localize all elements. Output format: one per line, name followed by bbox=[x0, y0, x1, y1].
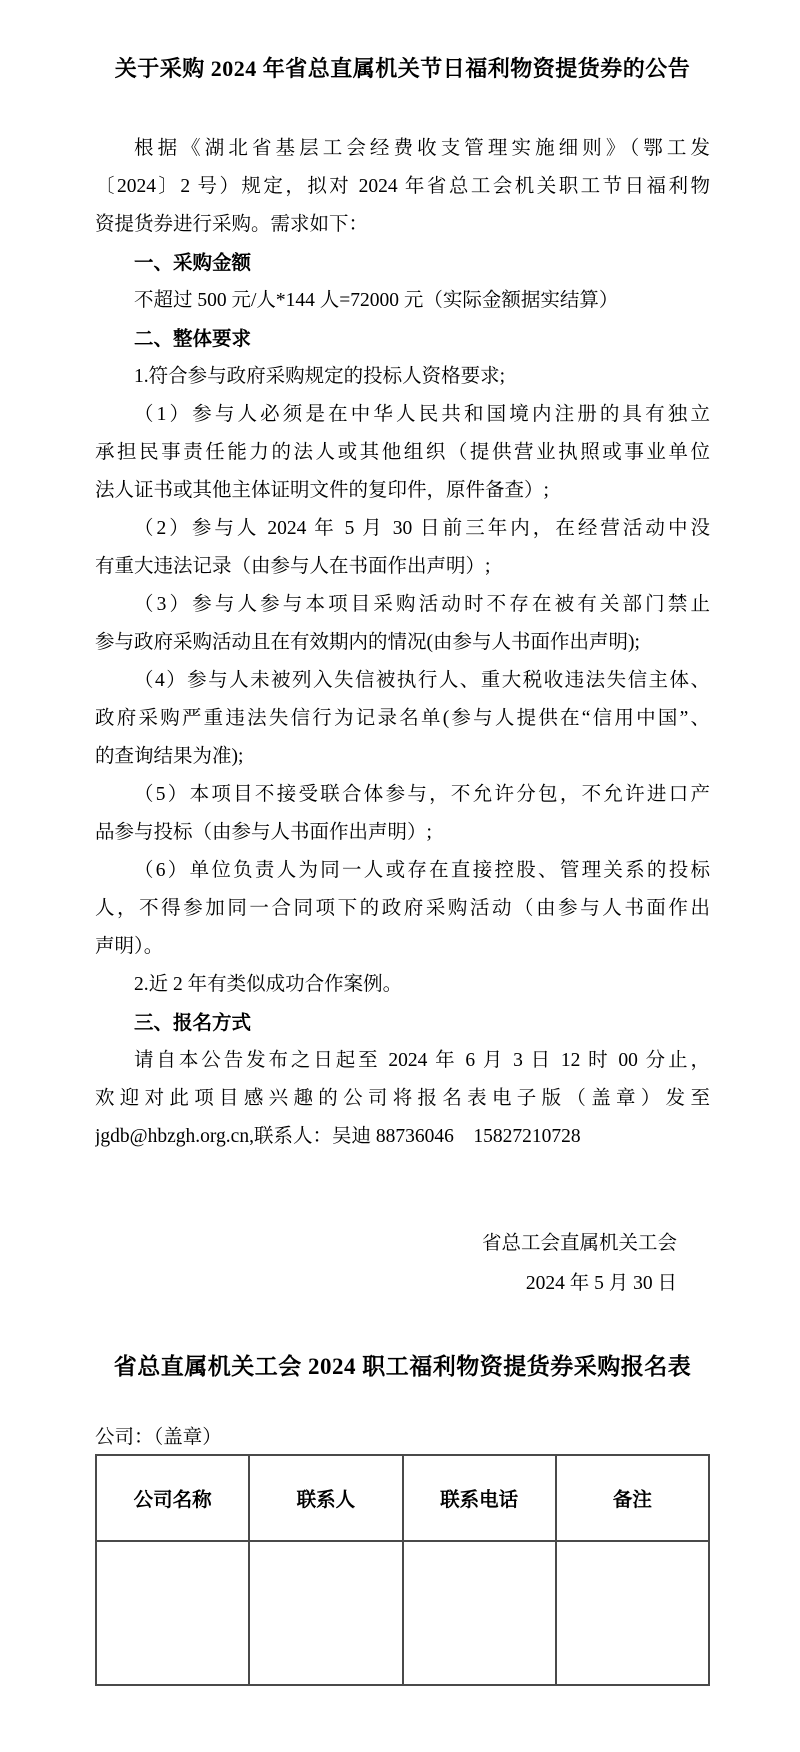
signup-instructions-line-3: jgdb@hbzgh.org.cn,联系人：吴迪 88736046 158272… bbox=[95, 1118, 710, 1156]
requirement-1-4: （4）参与人未被列入失信被执行人、重大税收违法失信主体、政府采购严重违法失信行为… bbox=[95, 662, 710, 776]
signature-org: 省总工会直属机关工会 bbox=[95, 1224, 677, 1264]
purchase-amount-line-1: 不超过 500 元/人*144 人=72000 元（实际金额据实结算） bbox=[95, 282, 710, 320]
requirement-1-4-line-2: 政府采购严重违法失信行为记录名单(参与人提供在“信用中国”、 bbox=[95, 700, 710, 738]
requirement-1-1-line-3: 法人证书或其他主体证明文件的复印件，原件备查）; bbox=[95, 472, 710, 510]
requirement-2-line-1: 2.近 2 年有类似成功合作案例。 bbox=[95, 966, 710, 1004]
section-1-heading: 一、采购金额 bbox=[95, 244, 710, 282]
requirement-1-3: （3）参与人参与本项目采购活动时不存在被有关部门禁止参与政府采购活动且在有效期内… bbox=[95, 586, 710, 662]
requirement-1-6-line-3: 声明）。 bbox=[95, 928, 710, 966]
intro-paragraph-line-1: 根据《湖北省基层工会经费收支管理实施细则》（鄂工发 bbox=[95, 130, 710, 168]
requirement-1-2-line-2: 有重大违法记录（由参与人在书面作出声明）; bbox=[95, 548, 710, 586]
signup-instructions: 请自本公告发布之日起至 2024 年 6 月 3 日 12 时 00 分止，欢迎… bbox=[95, 1042, 710, 1156]
form-title: 省总直属机关工会 2024 职工福利物资提货券采购报名表 bbox=[95, 1350, 710, 1384]
requirement-1-line-1: 1.符合参与政府采购规定的投标人资格要求; bbox=[95, 358, 710, 396]
requirement-1-2: （2）参与人 2024 年 5 月 30 日前三年内，在经营活动中没有重大违法记… bbox=[95, 510, 710, 586]
table-empty-row bbox=[96, 1541, 709, 1685]
signup-table: 公司名称 联系人 联系电话 备注 bbox=[95, 1454, 710, 1686]
section-3-heading-line-1: 三、报名方式 bbox=[95, 1004, 710, 1042]
requirement-1-6: （6）单位负责人为同一人或存在直接控股、管理关系的投标人，不得参加同一合同项下的… bbox=[95, 852, 710, 966]
requirement-1-1-line-1: （1）参与人必须是在中华人民共和国境内注册的具有独立 bbox=[95, 396, 710, 434]
table-header-remarks: 备注 bbox=[556, 1455, 709, 1541]
table-cell-company-name bbox=[96, 1541, 249, 1685]
requirement-2: 2.近 2 年有类似成功合作案例。 bbox=[95, 966, 710, 1004]
table-header-contact-phone: 联系电话 bbox=[403, 1455, 556, 1541]
requirement-1-6-line-2: 人，不得参加同一合同项下的政府采购活动（由参与人书面作出 bbox=[95, 890, 710, 928]
doc-title: 关于采购 2024 年省总直属机关节日福利物资提货券的公告 bbox=[95, 52, 710, 86]
table-header-row: 公司名称 联系人 联系电话 备注 bbox=[96, 1455, 709, 1541]
requirement-1-2-line-1: （2）参与人 2024 年 5 月 30 日前三年内，在经营活动中没 bbox=[95, 510, 710, 548]
requirement-1-5: （5）本项目不接受联合体参与，不允许分包，不允许进口产品参与投标（由参与人书面作… bbox=[95, 776, 710, 852]
table-header-company-name: 公司名称 bbox=[96, 1455, 249, 1541]
requirement-1-4-line-1: （4）参与人未被列入失信被执行人、重大税收违法失信主体、 bbox=[95, 662, 710, 700]
requirement-1-5-line-1: （5）本项目不接受联合体参与，不允许分包，不允许进口产 bbox=[95, 776, 710, 814]
section-1-heading-line-1: 一、采购金额 bbox=[95, 244, 710, 282]
intro-paragraph-line-2: 〔2024〕2 号）规定，拟对 2024 年省总工会机关职工节日福利物 bbox=[95, 168, 710, 206]
signup-instructions-line-2: 欢迎对此项目感兴趣的公司将报名表电子版（盖章）发至 bbox=[95, 1080, 710, 1118]
requirement-1-3-line-1: （3）参与人参与本项目采购活动时不存在被有关部门禁止 bbox=[95, 586, 710, 624]
doc-body: 根据《湖北省基层工会经费收支管理实施细则》（鄂工发〔2024〕2 号）规定，拟对… bbox=[95, 130, 710, 1156]
signature-block: 省总工会直属机关工会 2024 年 5 月 30 日 bbox=[95, 1224, 710, 1304]
intro-paragraph: 根据《湖北省基层工会经费收支管理实施细则》（鄂工发〔2024〕2 号）规定，拟对… bbox=[95, 130, 710, 244]
requirement-1-3-line-2: 参与政府采购活动且在有效期内的情况(由参与人书面作出声明); bbox=[95, 624, 710, 662]
requirement-1-1-line-2: 承担民事责任能力的法人或其他组织（提供营业执照或事业单位 bbox=[95, 434, 710, 472]
requirement-1-4-line-3: 的查询结果为准); bbox=[95, 738, 710, 776]
requirement-1-1: （1）参与人必须是在中华人民共和国境内注册的具有独立承担民事责任能力的法人或其他… bbox=[95, 396, 710, 510]
requirement-1-6-line-1: （6）单位负责人为同一人或存在直接控股、管理关系的投标 bbox=[95, 852, 710, 890]
section-2-heading-line-1: 二、整体要求 bbox=[95, 320, 710, 358]
table-cell-remarks bbox=[556, 1541, 709, 1685]
signature-date: 2024 年 5 月 30 日 bbox=[95, 1264, 677, 1304]
table-cell-contact-phone bbox=[403, 1541, 556, 1685]
signup-instructions-line-1: 请自本公告发布之日起至 2024 年 6 月 3 日 12 时 00 分止， bbox=[95, 1042, 710, 1080]
section-3-heading: 三、报名方式 bbox=[95, 1004, 710, 1042]
table-cell-contact-person bbox=[249, 1541, 402, 1685]
requirement-1-5-line-2: 品参与投标（由参与人书面作出声明）; bbox=[95, 814, 710, 852]
section-2-heading: 二、整体要求 bbox=[95, 320, 710, 358]
intro-paragraph-line-3: 资提货券进行采购。需求如下： bbox=[95, 206, 710, 244]
table-header-contact-person: 联系人 bbox=[249, 1455, 402, 1541]
requirement-1: 1.符合参与政府采购规定的投标人资格要求; bbox=[95, 358, 710, 396]
document-page: 关于采购 2024 年省总直属机关节日福利物资提货券的公告 根据《湖北省基层工会… bbox=[0, 0, 800, 1752]
purchase-amount: 不超过 500 元/人*144 人=72000 元（实际金额据实结算） bbox=[95, 282, 710, 320]
company-seal-label: 公司：（盖章） bbox=[95, 1424, 710, 1452]
